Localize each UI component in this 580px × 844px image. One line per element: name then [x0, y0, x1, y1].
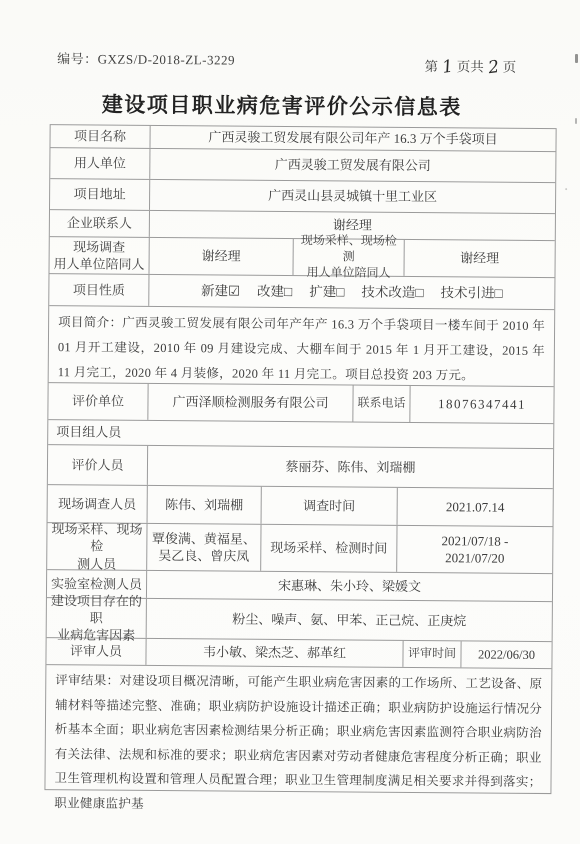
project-name-value: 广西灵骏工贸发展有限公司年产 16.3 万个手袋项目 [150, 126, 555, 151]
row-sampling-staff: 现场采样、现场检 测人员 覃俊满、黄福星、 吴乙良、曾庆凤 现场采样、检测时间 … [47, 523, 552, 574]
survey-escort-value: 谢经理 [149, 238, 293, 275]
survey-staff-label: 现场调查人员 [48, 485, 148, 523]
survey-escort-label: 现场调查 用人单位陪同人 [49, 237, 149, 274]
row-reviewers: 评审人员 韦小敏、梁杰芝、郝革红 评审时间 2022/06/30 [46, 638, 551, 669]
row-employer: 用人单位 广西灵骏工贸发展有限公司 [50, 148, 555, 183]
sampling-time-value: 2021/07/18 - 2021/07/20 [397, 526, 552, 573]
employer-value: 广西灵骏工贸发展有限公司 [150, 149, 555, 182]
team-section-header: 项目组人员 [48, 420, 553, 448]
nature-option-tech-upgrade-checkbox: 技术改造□ [361, 283, 423, 301]
scan-speck [575, 118, 577, 124]
company-contact-label: 企业联系人 [50, 210, 150, 237]
page-total-handwritten: 2 [487, 57, 500, 78]
survey-staff-value: 陈伟、刘瑞棚 [148, 486, 262, 524]
row-evaluator: 评价单位 广西泽顺检测服务有限公司 联系电话 18076347441 [48, 383, 553, 424]
scan-speck [575, 54, 578, 63]
lab-staff-value: 宋惠琳、朱小玲、梁媛文 [147, 571, 552, 601]
employer-label: 用人单位 [50, 148, 150, 179]
survey-time-label: 调查时间 [262, 487, 398, 525]
hazards-label: 建设项目存在的职 业病危害因素 [47, 598, 147, 638]
row-project-intro: 项目简介：广西灵骏工贸发展有限公司年产年产 16.3 万个手袋项目一楼车间于 2… [49, 306, 555, 387]
phone-value: 18076347441 [410, 386, 553, 423]
row-escorts: 现场调查 用人单位陪同人 谢经理 现场采样、现场检测 用人单位陪同人 谢经理 [49, 237, 554, 278]
reviewers-value: 韦小敏、梁杰芝、郝革红 [146, 639, 403, 667]
nature-option-expand-checkbox: 扩建□ [309, 283, 344, 301]
sampling-staff-value: 覃俊满、黄福星、 吴乙良、曾庆凤 [147, 524, 261, 571]
sampling-escort-value: 谢经理 [404, 240, 554, 277]
nature-option-rebuild-checkbox: 改建□ [257, 282, 292, 300]
page-current-handwritten: 1 [441, 57, 454, 78]
nature-option-tech-import-checkbox: 技术引进□ [440, 284, 502, 302]
scanned-sheet: 编号：GXZS/D-2018-ZL-3229 第1页共2页 建设项目职业病危害评… [0, 0, 580, 844]
info-table: 项目名称 广西灵骏工贸发展有限公司年产 16.3 万个手袋项目 用人单位 广西灵… [44, 124, 556, 794]
address-value: 广西灵山县灵城镇十里工业区 [150, 180, 555, 213]
page-suffix: 页 [503, 60, 517, 75]
form-title: 建设项目职业病危害评价公示信息表 [2, 88, 562, 122]
review-time-value: 2022/06/30 [461, 641, 551, 668]
review-result-paragraph: 评审结果：对建设项目概况清晰，可能产生职业病危害因素的工作场所、工艺设备、原辅材… [45, 665, 551, 793]
row-hazards: 建设项目存在的职 业病危害因素 粉尘、噪声、氨、甲苯、正己烷、正庚烷 [47, 598, 552, 642]
project-intro-paragraph: 项目简介：广西灵骏工贸发展有限公司年产年产 16.3 万个手袋项目一楼车间于 2… [49, 306, 555, 386]
nature-option-new-checked: 新建☑ [201, 282, 240, 300]
project-name-label: 项目名称 [50, 125, 150, 148]
sampling-time-label: 现场采样、检测时间 [261, 525, 397, 572]
survey-time-value: 2021.07.14 [398, 488, 553, 526]
project-nature-label: 项目性质 [49, 274, 149, 306]
document-number: 编号：GXZS/D-2018-ZL-3229 [57, 48, 235, 68]
hazards-value: 粉尘、噪声、氨、甲苯、正己烷、正庚烷 [147, 599, 552, 641]
page-prefix: 第 [424, 59, 438, 74]
phone-label: 联系电话 [353, 386, 410, 422]
row-address: 项目地址 广西灵山县灵城镇十里工业区 [50, 179, 555, 214]
address-label: 项目地址 [50, 179, 150, 210]
scan-speck [565, 188, 567, 190]
eval-staff-value: 蔡丽芬、陈伟、刘瑞棚 [148, 446, 553, 488]
reviewers-label: 评审人员 [46, 638, 146, 665]
page-indicator: 第1页共2页 [424, 55, 516, 77]
sampling-staff-label: 现场采样、现场检 测人员 [47, 523, 147, 570]
evaluator-value: 广西泽顺检测服务有限公司 [148, 384, 353, 422]
project-nature-options: 新建☑ 改建□ 扩建□ 技术改造□ 技术引进□ [149, 275, 554, 309]
review-time-label: 评审时间 [403, 641, 461, 667]
page-mid: 页共 [457, 59, 484, 74]
row-project-nature: 项目性质 新建☑ 改建□ 扩建□ 技术改造□ 技术引进□ [49, 274, 554, 310]
evaluator-label: 评价单位 [48, 383, 148, 420]
row-eval-staff: 评价人员 蔡丽芬、陈伟、刘瑞棚 [48, 445, 553, 489]
row-review-result: 评审结果：对建设项目概况清晰，可能产生职业病危害因素的工作场所、工艺设备、原辅材… [45, 665, 551, 793]
eval-staff-label: 评价人员 [48, 445, 148, 485]
sampling-escort-label: 现场采样、现场检测 用人单位陪同人 [293, 239, 404, 276]
